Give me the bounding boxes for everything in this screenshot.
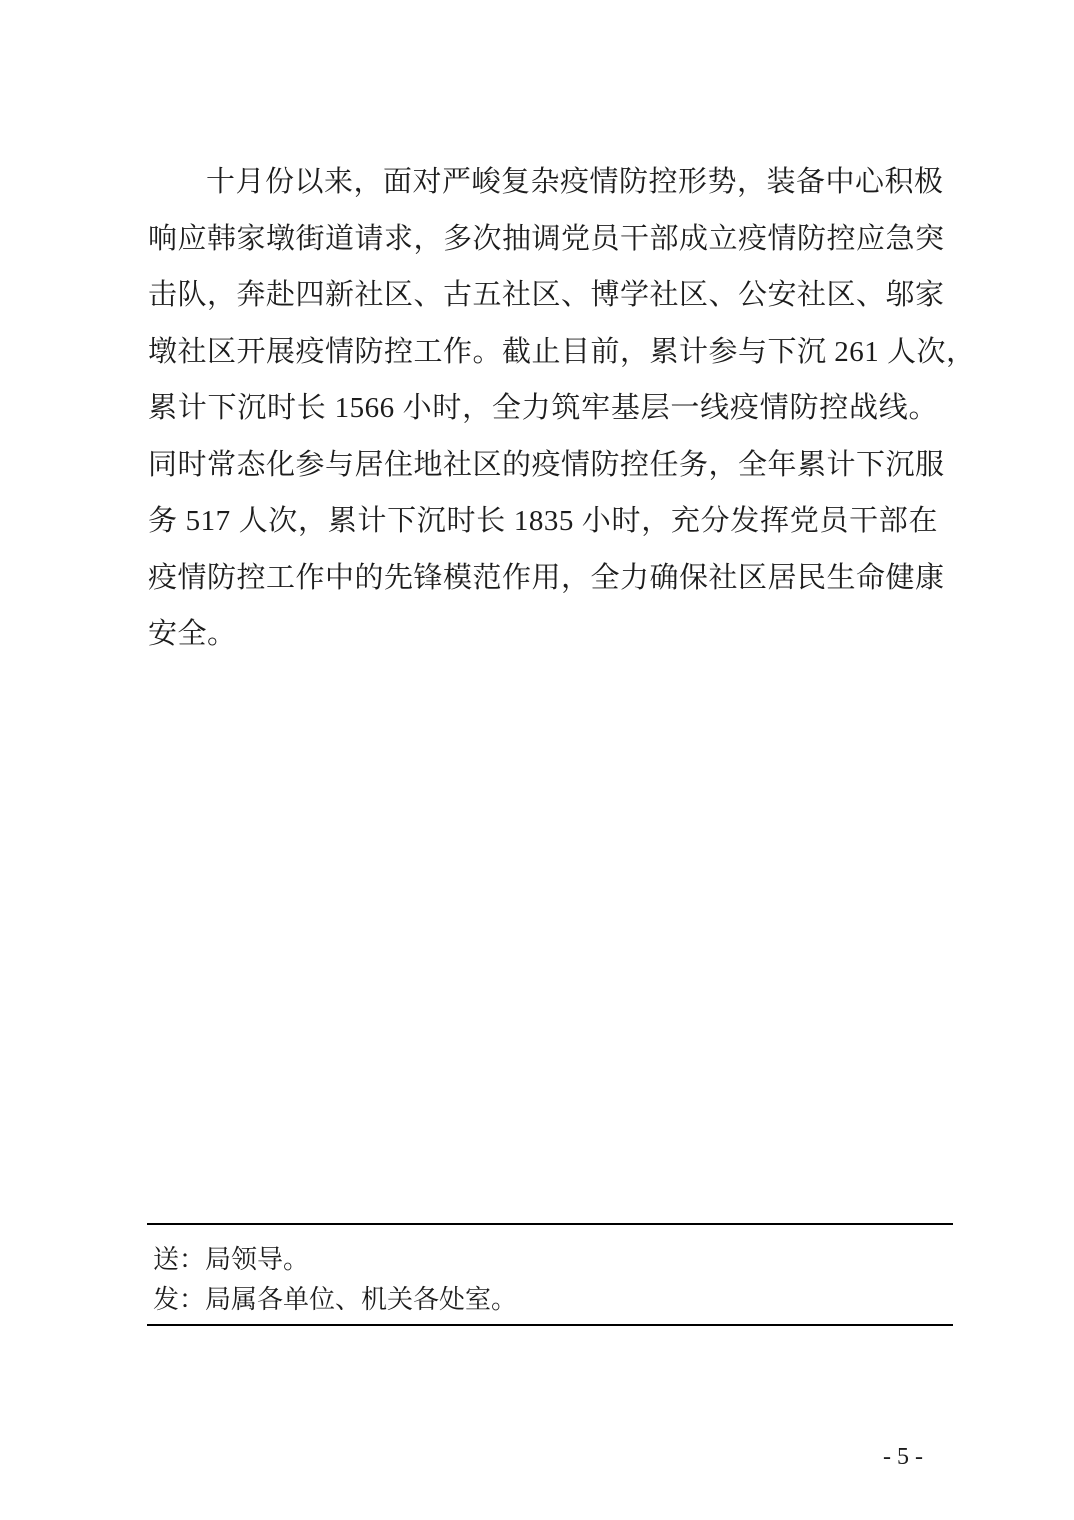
footer-top-rule xyxy=(147,1223,953,1225)
paragraph-line-4: 墩社区开展疫情防控工作。截止目前，累计参与下沉 261 人次， xyxy=(148,324,938,381)
paragraph-line-1: 十月份以来，面对严峻复杂疫情防控形势，装备中心积极 xyxy=(148,154,938,211)
paragraph-line-2: 响应韩家墩街道请求，多次抽调党员干部成立疫情防控应急突 xyxy=(148,211,938,268)
document-page: 十月份以来，面对严峻复杂疫情防控形势，装备中心积极 响应韩家墩街道请求，多次抽调… xyxy=(0,0,1074,1520)
footer-bottom-rule xyxy=(147,1324,953,1326)
paragraph-line-5: 累计下沉时长 1566 小时，全力筑牢基层一线疫情防控战线。 xyxy=(148,380,938,437)
paragraph-line-6: 同时常态化参与居住地社区的疫情防控任务，全年累计下沉服 xyxy=(148,437,938,494)
page-number: - 5 - xyxy=(848,1444,958,1471)
paragraph-line-7: 务 517 人次，累计下沉时长 1835 小时，充分发挥党员干部在 xyxy=(148,493,938,550)
paragraph-line-3: 击队，奔赴四新社区、古五社区、博学社区、公安社区、邬家 xyxy=(148,267,938,324)
distribution-block: 送：局领导。 发：局属各单位、机关各处室。 xyxy=(153,1240,953,1320)
body-paragraph: 十月份以来，面对严峻复杂疫情防控形势，装备中心积极 响应韩家墩街道请求，多次抽调… xyxy=(148,154,938,663)
paragraph-line-8: 疫情防控工作中的先锋模范作用，全力确保社区居民生命健康 xyxy=(148,550,938,607)
paragraph-line-9: 安全。 xyxy=(148,606,938,663)
issue-to-line: 发：局属各单位、机关各处室。 xyxy=(153,1280,953,1320)
send-to-line: 送：局领导。 xyxy=(153,1240,953,1280)
